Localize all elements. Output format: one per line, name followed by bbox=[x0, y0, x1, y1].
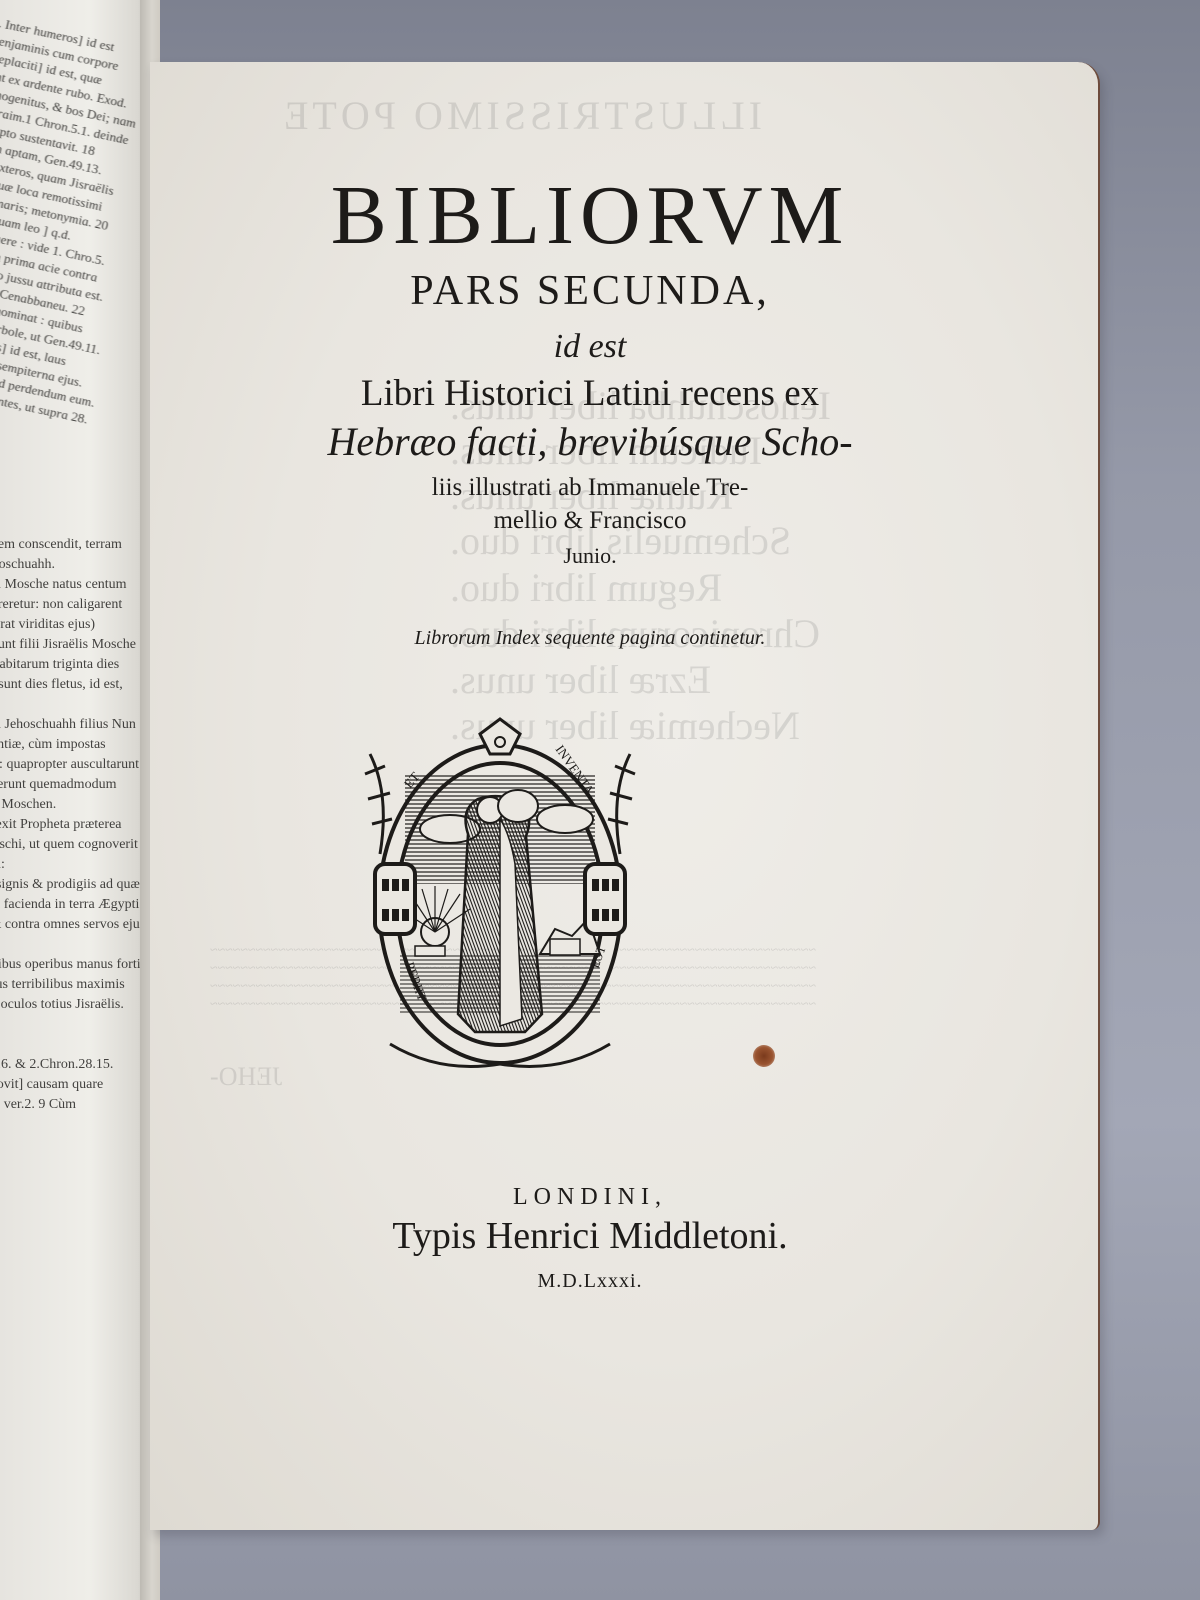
text-line: verunt filii Jisraëlis Mosche bbox=[0, 635, 150, 655]
text-line: Moschi, ut quem cognoverit bbox=[0, 835, 150, 855]
description-line-5: Junio. bbox=[240, 543, 940, 569]
imprint-year: M.D.Lxxxi. bbox=[240, 1270, 940, 1293]
text-line: is. bbox=[0, 1195, 150, 1215]
text-line: ngerat viriditas ejus) bbox=[0, 615, 150, 635]
description-line-4: mellio & Francisco bbox=[240, 507, 940, 535]
text-line: us signis & prodigiis ad quæ bbox=[0, 875, 150, 895]
imprint-printer: Typis Henrici Middletoni. bbox=[240, 1214, 940, 1258]
imprint-place: LONDINI, bbox=[240, 1184, 940, 1211]
text-line: .1.16. & 2.Chron.28.15. bbox=[0, 1055, 150, 1075]
text-line bbox=[0, 1035, 150, 1055]
text-line bbox=[0, 1155, 150, 1175]
text-line: nte oculos totius Jisraëlis. bbox=[0, 995, 150, 1015]
text-line: pientiæ, cùm impostas bbox=[0, 735, 150, 755]
text-line: Moabitarum triginta dies bbox=[0, 655, 150, 675]
title-page-content: BIBLIORVM PARS SECUNDA, id est Libri His… bbox=[150, 62, 1098, 1530]
description-line-2: Hebræo facti, brevibúsque Scho- bbox=[240, 418, 940, 465]
text-line bbox=[0, 1115, 150, 1135]
text-line: per Moschen. bbox=[0, 795, 150, 815]
text-line: Jehoschuahh. bbox=[0, 555, 150, 575]
left-facing-page: ære. Inter humeros] id est is Benjaminis… bbox=[0, 0, 150, 1600]
text-line: ribus terribilibus maximis bbox=[0, 975, 150, 995]
foxing-stain bbox=[753, 1045, 775, 1067]
left-page-lower-text: ontem conscendit, terram Jehoschuahh. te… bbox=[0, 535, 150, 1215]
description-line-3: liis illustrati ab Immanuele Tre- bbox=[240, 474, 940, 502]
text-line: n & contra omnes servos ejus bbox=[0, 915, 150, 935]
text-line: arrexit Propheta præterea bbox=[0, 815, 150, 835]
text-line: uti sunt dies fletus, id est, bbox=[0, 675, 150, 695]
text-line bbox=[0, 1135, 150, 1155]
text-line: iem: bbox=[0, 855, 150, 875]
text-line: mnibus operibus manus forti bbox=[0, 955, 150, 975]
text-line: s ei: quapropter auscultarunt bbox=[0, 755, 150, 775]
text-line bbox=[0, 1175, 150, 1195]
left-page-upper-text: ære. Inter humeros] id est is Benjaminis… bbox=[0, 10, 150, 440]
index-note: Librorum Index sequente pagina continetu… bbox=[240, 627, 940, 650]
text-line: tem Mosche natus centum bbox=[0, 575, 150, 595]
text-line: ova facienda in terra Ægypti bbox=[0, 895, 150, 915]
book-title: BIBLIORVM bbox=[240, 167, 940, 264]
text-line: ude ver.2. 9 Cùm bbox=[0, 1095, 150, 1115]
title-page: ILLUSTRISSIMO POTE Iehoschuhba liber unu… bbox=[150, 62, 1100, 1530]
book-subtitle: PARS SECUNDA, bbox=[240, 267, 940, 315]
text-line: moreretur: non caligarent bbox=[0, 595, 150, 615]
text-line: e novit] causam quare bbox=[0, 1075, 150, 1095]
text-line: jus: bbox=[0, 935, 150, 955]
text-line: fecerunt quemadmodum bbox=[0, 775, 150, 795]
text-line: tem Jehoschuahh filius Nun bbox=[0, 715, 150, 735]
printers-device-woodcut-icon: ET INVENTA PERIIT EST bbox=[350, 714, 650, 1089]
text-line bbox=[0, 695, 150, 715]
id-est: id est bbox=[240, 328, 940, 366]
description-line-1: Libri Historici Latini recens ex bbox=[240, 372, 940, 415]
text-line: ontem conscendit, terram bbox=[0, 535, 150, 555]
text-line bbox=[0, 1015, 150, 1035]
